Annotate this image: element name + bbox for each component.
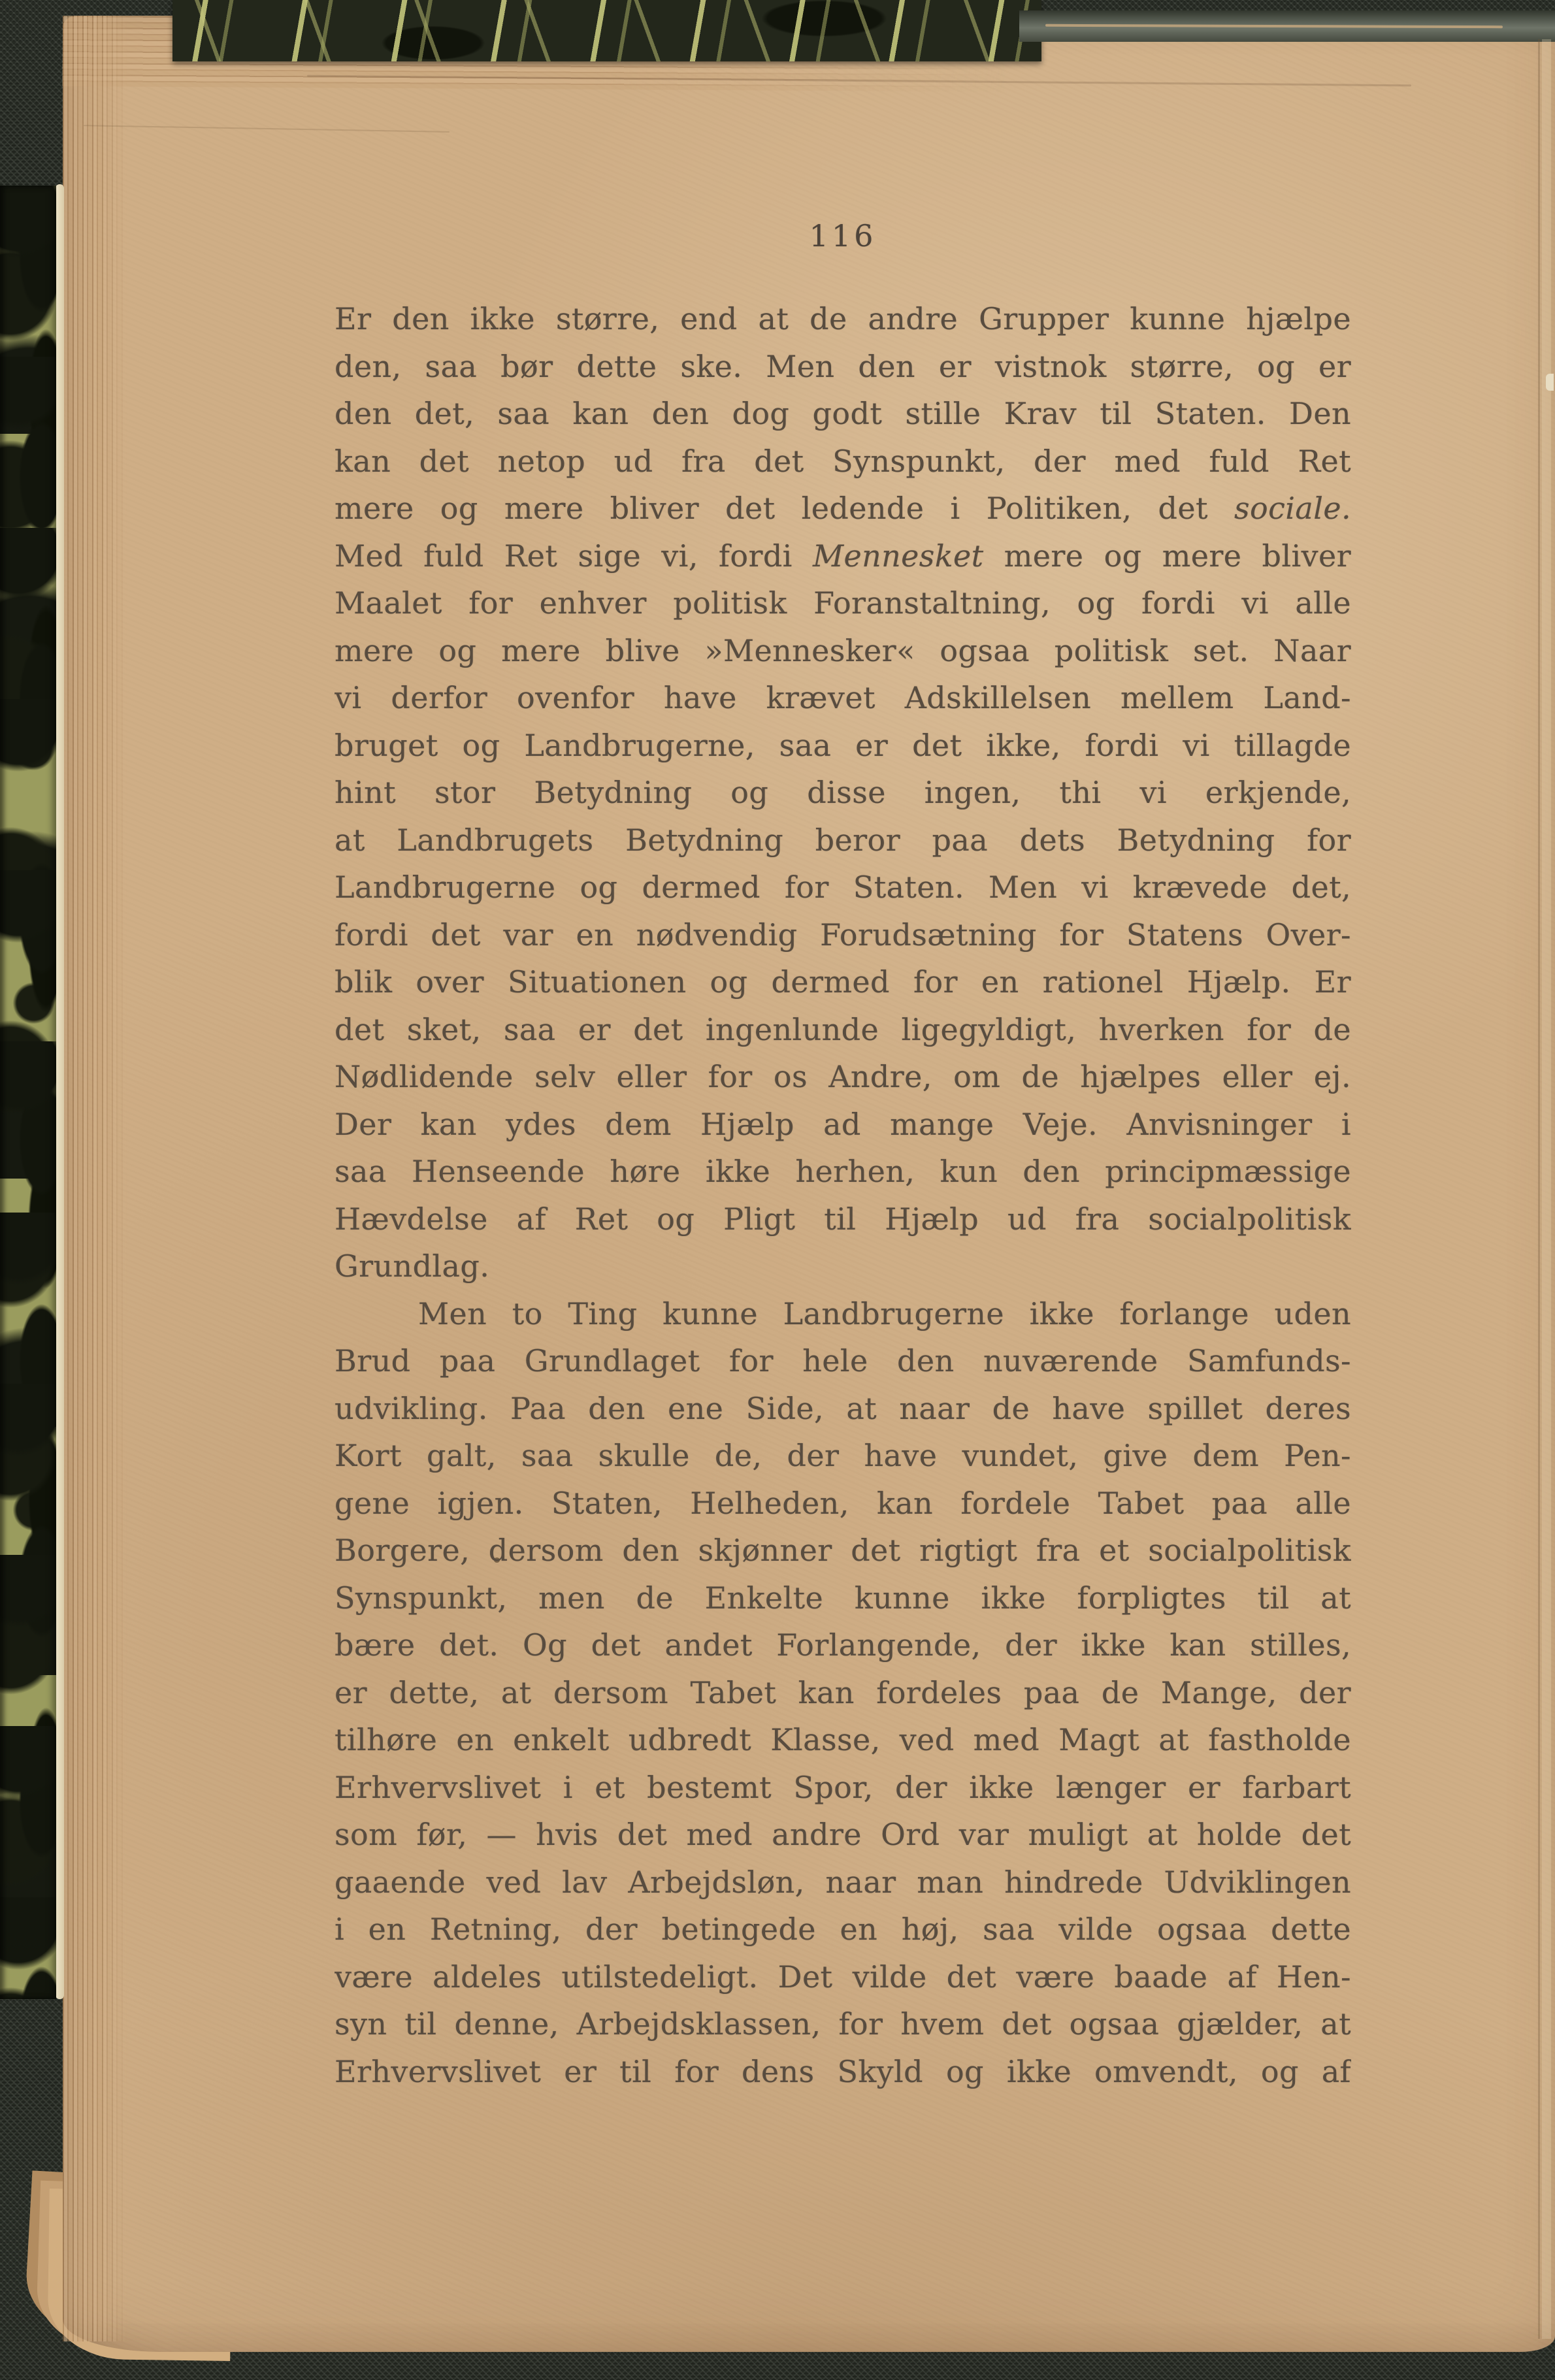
text-segment: Maalet for enhver politisk Foranstaltnin… — [335, 585, 1351, 621]
text-segment: Mennesket — [813, 538, 984, 574]
text-segment: Erhvervslivet er til for dens Skyld og i… — [335, 2054, 1351, 2089]
marbled-paper-left — [0, 186, 56, 1999]
text-line: Er den ikke større, end at de andre Grup… — [335, 295, 1351, 343]
text-segment: blik over Situationen og dermed for en r… — [335, 964, 1351, 1000]
text-segment: Brud paa Grundlaget for hele den nuværen… — [335, 1343, 1351, 1378]
text-line: bruget og Landbrugerne, saa er det ikke,… — [335, 722, 1351, 770]
text-line: Nødlidende selv eller for os Andre, om d… — [335, 1053, 1351, 1101]
text-segment: i en Retning, der betingede en høj, saa … — [335, 1912, 1351, 1947]
text-line: Hævdelse af Ret og Pligt til Hjælp ud fr… — [335, 1196, 1351, 1243]
text-line: er dette, at dersom Tabet kan fordeles p… — [335, 1669, 1351, 1717]
text-line: Kort galt, saa skulle de, der have vunde… — [335, 1432, 1351, 1480]
text-line: bære det. Og det andet Forlangende, der … — [335, 1622, 1351, 1669]
page-number: 116 — [335, 218, 1351, 253]
text-line: Landbrugerne og dermed for Staten. Men v… — [335, 864, 1351, 911]
text-line: Maalet for enhver politisk Foranstaltnin… — [335, 579, 1351, 627]
cover-edge-top-right — [1019, 10, 1555, 42]
text-line: vi derfor ovenfor have krævet Adskillels… — [335, 674, 1351, 722]
text-segment: er dette, at dersom Tabet kan fordeles p… — [335, 1675, 1351, 1710]
book-cover-cloth: 116 Er den ikke større, end at de andre … — [0, 0, 1555, 2380]
text-line: Synspunkt, men de Enkelte kunne ikke for… — [335, 1574, 1351, 1622]
text-line: Erhvervslivet er til for dens Skyld og i… — [335, 2048, 1351, 2096]
text-segment: Synspunkt, men de Enkelte kunne ikke for… — [335, 1580, 1351, 1616]
text-segment: mere og mere bliver — [984, 538, 1351, 574]
text-segment: gene igjen. Staten, Helheden, kan fordel… — [335, 1486, 1351, 1521]
text-segment: det sket, saa er det ingenlunde ligegyld… — [335, 1012, 1351, 1047]
text-line: Erhvervslivet i et bestemt Spor, der ikk… — [335, 1764, 1351, 1812]
text-line: fordi det var en nødvendig Forudsætning … — [335, 911, 1351, 959]
text-line: være aldeles utilstedeligt. Det vilde de… — [335, 1953, 1351, 2001]
text-segment: mere og mere blive »Mennesker« ogsaa pol… — [335, 633, 1351, 668]
text-segment: udvikling. Paa den ene Side, at naar de … — [335, 1391, 1351, 1426]
text-segment: den, saa bør dette ske. Men den er vistn… — [335, 349, 1351, 384]
text-segment: Kort galt, saa skulle de, der have vunde… — [335, 1438, 1351, 1473]
text-line: at Landbrugets Betydning beror paa dets … — [335, 817, 1351, 864]
text-segment: Med fuld Ret sige vi, fordi — [335, 538, 813, 574]
text-segment: hint stor Betydning og disse ingen, thi … — [335, 775, 1351, 810]
text-segment: fordi det var en nødvendig Forudsætning … — [335, 917, 1351, 953]
text-segment: Men to Ting kunne Landbrugerne ikke forl… — [418, 1296, 1351, 1331]
paper-chip — [1546, 374, 1554, 391]
text-segment: som før, — hvis det med andre Ord var mu… — [335, 1817, 1351, 1852]
text-line: Der kan ydes dem Hjælp ad mange Veje. An… — [335, 1101, 1351, 1149]
text-segment: være aldeles utilstedeligt. Det vilde de… — [335, 1959, 1351, 1995]
text-segment: Erhvervslivet i et bestemt Spor, der ikk… — [335, 1770, 1351, 1805]
text-line: Brud paa Grundlaget for hele den nuværen… — [335, 1337, 1351, 1385]
text-line: gene igjen. Staten, Helheden, kan fordel… — [335, 1480, 1351, 1527]
text-line: som før, — hvis det med andre Ord var mu… — [335, 1811, 1351, 1859]
text-line: Men to Ting kunne Landbrugerne ikke forl… — [335, 1290, 1351, 1338]
text-line: udvikling. Paa den ene Side, at naar de … — [335, 1385, 1351, 1433]
text-line: gaaende ved lav Arbejdsløn, naar man hin… — [335, 1859, 1351, 1906]
text-segment: Grundlag. — [335, 1248, 489, 1284]
text-line: hint stor Betydning og disse ingen, thi … — [335, 769, 1351, 817]
text-line: saa Henseende høre ikke herhen, kun den … — [335, 1148, 1351, 1196]
text-segment: gaaende ved lav Arbejdsløn, naar man hin… — [335, 1865, 1351, 1900]
page-right-edge-line — [1538, 39, 1540, 2339]
text-segment: Borgere, dersom den skjønner det rigtigt… — [335, 1533, 1351, 1568]
text-line: tilhøre en enkelt udbredt Klasse, ved me… — [335, 1716, 1351, 1764]
text-line: i en Retning, der betingede en høj, saa … — [335, 1906, 1351, 1953]
text-segment: Der kan ydes dem Hjælp ad mange Veje. An… — [335, 1107, 1351, 1142]
marbled-paper-top — [172, 0, 1041, 61]
text-segment: Nødlidende selv eller for os Andre, om d… — [335, 1059, 1351, 1094]
text-segment: sociale. — [1234, 491, 1351, 526]
text-segment: vi derfor ovenfor have krævet Adskillels… — [335, 680, 1351, 715]
text-line: syn til denne, Arbejdsklassen, for hvem … — [335, 2000, 1351, 2048]
text-line: den, saa bør dette ske. Men den er vistn… — [335, 343, 1351, 391]
page-edges-left — [63, 16, 127, 2341]
page-text: Er den ikke større, end at de andre Grup… — [335, 295, 1351, 2095]
text-line: Grundlag. — [335, 1243, 1351, 1290]
text-line: mere og mere blive »Mennesker« ogsaa pol… — [335, 627, 1351, 675]
text-line: Borgere, dersom den skjønner det rigtigt… — [335, 1527, 1351, 1574]
text-line: Med fuld Ret sige vi, fordi Mennesket me… — [335, 532, 1351, 580]
text-segment: saa Henseende høre ikke herhen, kun den … — [335, 1154, 1351, 1189]
text-segment: kan det netop ud fra det Synspunkt, der … — [335, 444, 1351, 479]
text-line: det sket, saa er det ingenlunde ligegyld… — [335, 1006, 1351, 1054]
text-segment: syn til denne, Arbejdsklassen, for hvem … — [335, 2006, 1351, 2042]
text-segment: tilhøre en enkelt udbredt Klasse, ved me… — [335, 1722, 1351, 1757]
text-line: blik over Situationen og dermed for en r… — [335, 958, 1351, 1006]
text-line: kan det netop ud fra det Synspunkt, der … — [335, 438, 1351, 485]
text-segment: den det, saa kan den dog godt stille Kra… — [335, 396, 1351, 431]
text-segment: bruget og Landbrugerne, saa er det ikke,… — [335, 728, 1351, 763]
text-segment: at Landbrugets Betydning beror paa dets … — [335, 823, 1351, 858]
text-segment: mere og mere bliver det ledende i Politi… — [335, 491, 1234, 526]
text-segment: Er den ikke større, end at de andre Grup… — [335, 301, 1351, 336]
text-segment: bære det. Og det andet Forlangende, der … — [335, 1627, 1351, 1663]
text-line: mere og mere bliver det ledende i Politi… — [335, 485, 1351, 532]
text-segment: Landbrugerne og dermed for Staten. Men v… — [335, 870, 1351, 905]
text-segment: Hævdelse af Ret og Pligt til Hjælp ud fr… — [335, 1201, 1351, 1237]
page-edge-highlight — [56, 184, 64, 1999]
text-line: den det, saa kan den dog godt stille Kra… — [335, 390, 1351, 438]
